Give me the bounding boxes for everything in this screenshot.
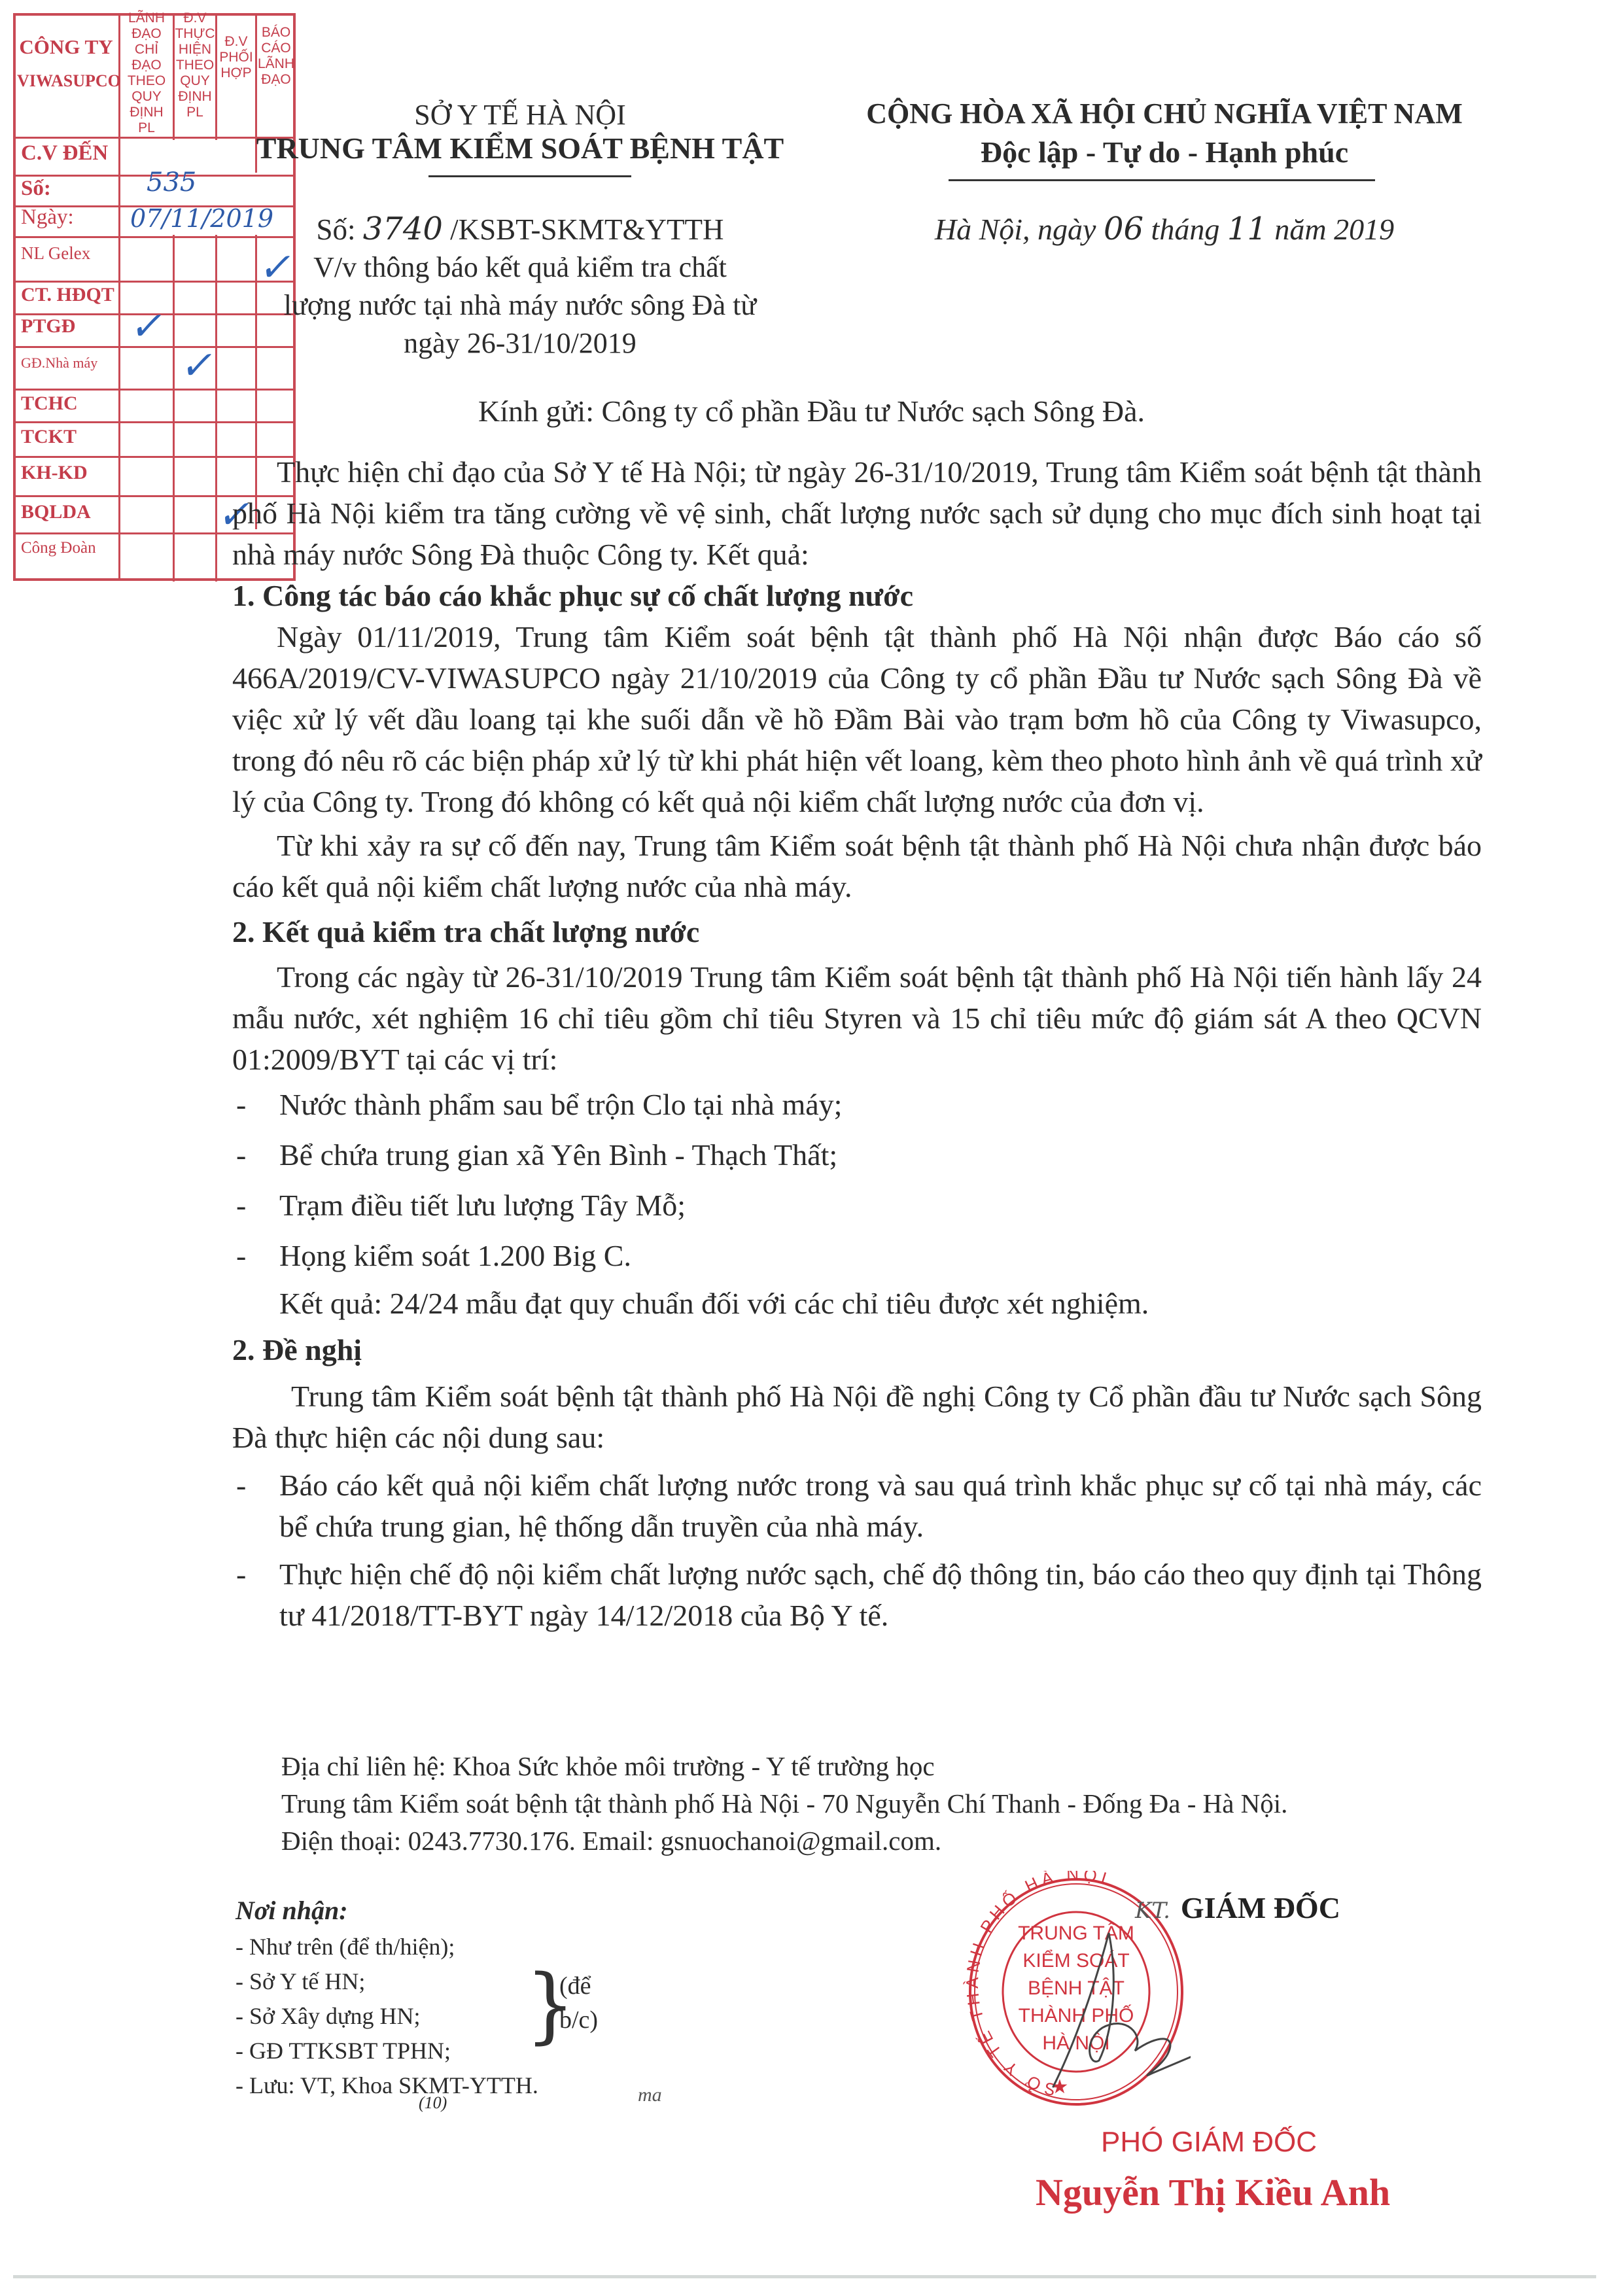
- sampling-locations: Nước thành phẩm sau bể trộn Clo tại nhà …: [232, 1084, 1482, 1276]
- list-item: Nước thành phẩm sau bể trộn Clo tại nhà …: [232, 1084, 1482, 1125]
- deputy-director-title: PHÓ GIÁM ĐỐC: [1101, 2126, 1317, 2159]
- stamp-col-header-line: PL: [175, 105, 215, 120]
- stamp-company-line: CÔNG TY: [17, 30, 115, 64]
- national-motto: Độc lập - Tự do - Hạnh phúc: [834, 135, 1495, 169]
- stamp-col-header-leader: LÃNHĐẠOCHỈ ĐẠOTHEOQUYĐỊNHPL: [120, 10, 173, 136]
- section-heading: 2. Đề nghị: [232, 1329, 1482, 1370]
- list-item: Trạm điều tiết lưu lượng Tây Mỗ;: [232, 1185, 1482, 1226]
- test-result: Kết quả: 24/24 mẫu đạt quy chuẩn đối với…: [232, 1283, 1482, 1324]
- director-label: GIÁM ĐỐC: [1181, 1891, 1340, 1924]
- motto-underline: [949, 179, 1375, 181]
- proxy-mark: KT.: [1135, 1898, 1170, 1924]
- document-number: Số: 3740 /KSBT-SKMT&YTTH: [232, 211, 808, 247]
- stamp-col-header-line: QUY: [175, 73, 215, 89]
- national-title: CỘNG HÒA XÃ HỘI CHỦ NGHĨA VIỆT NAM: [834, 97, 1495, 130]
- brace-note-line: (để: [559, 1969, 598, 2003]
- stamp-col-header-line: Đ.V: [175, 10, 215, 26]
- stamp-row-kh-kd: KH-KD: [21, 462, 88, 484]
- date-mid: tháng: [1143, 213, 1227, 246]
- stamp-col-header-line: THỰC: [175, 26, 215, 42]
- stamp-row-union: Công Đoàn: [21, 539, 96, 557]
- subject-line: ngày 26-31/10/2019: [232, 324, 808, 362]
- section-heading: 2. Kết quả kiểm tra chất lượng nước: [232, 911, 1482, 952]
- stamp-col-header-line: CHỈ ĐẠO: [120, 42, 173, 73]
- stamp-col-header-line: CÁO: [257, 41, 295, 56]
- scan-edge-line: [13, 2275, 1596, 2278]
- section-heading: 1. Công tác báo cáo khắc phục sự cố chất…: [232, 575, 1482, 616]
- document-subject: V/v thông báo kết quả kiểm tra chất lượn…: [232, 249, 808, 362]
- stamp-row-date: Ngày:: [21, 205, 74, 230]
- issuing-ministry: SỞ Y TẾ HÀ NỘI: [232, 98, 808, 131]
- stamp-row-number: Số:: [21, 177, 51, 201]
- section1-paragraph: Từ khi xảy ra sự cố đến nay, Trung tâm K…: [232, 825, 1482, 907]
- doc-number-handwritten: 3740: [363, 211, 443, 247]
- stamp-row-factory-director: GĐ.Nhà máy: [21, 355, 97, 372]
- stamp-company-line: VIWASUPCO: [17, 64, 115, 98]
- document-date: Hà Nội, ngày 06 tháng 11 năm 2019: [834, 211, 1495, 247]
- stamp-col-header-report: BÁOCÁOLÃNHĐẠO: [257, 25, 295, 88]
- intro-paragraph: Thực hiện chỉ đạo của Sở Y tế Hà Nội; từ…: [232, 451, 1482, 575]
- subject-line: V/v thông báo kết quả kiểm tra chất: [232, 249, 808, 287]
- stamp-row-ptgd: PTGĐ: [21, 315, 75, 338]
- addressee: Kính gửi: Công ty cổ phần Đầu tư Nước sạ…: [0, 394, 1623, 428]
- list-item: Họng kiểm soát 1.200 Big C.: [232, 1235, 1482, 1276]
- recipient-item: - Sở Xây dựng HN;: [236, 1999, 538, 2034]
- list-item: Báo cáo kết quả nội kiểm chất lượng nước…: [232, 1465, 1482, 1547]
- handwritten-copy-count: (10): [419, 2093, 447, 2113]
- list-item: Thực hiện chế độ nội kiểm chất lượng nướ…: [232, 1554, 1482, 1636]
- date-prefix: Hà Nội, ngày: [935, 213, 1104, 246]
- stamp-col-header-line: ĐỊNH: [175, 89, 215, 105]
- section1-paragraph: Ngày 01/11/2019, Trung tâm Kiểm soát bện…: [232, 616, 1482, 822]
- signer-name: Nguyễn Thị Kiều Anh: [1036, 2170, 1390, 2214]
- stamp-col-header-line: Đ.V: [217, 34, 255, 50]
- contact-line: Địa chỉ liên hệ: Khoa Sức khỏe môi trườn…: [281, 1748, 1287, 1785]
- stamp-col-header-line: BÁO: [257, 25, 295, 41]
- recipient-item: - Lưu: VT, Khoa SKMT-YTTH.: [236, 2068, 538, 2103]
- stamp-col-header-line: PL: [120, 120, 173, 136]
- stamp-row-incoming: C.V ĐẾN: [21, 141, 108, 165]
- list-item: Bể chứa trung gian xã Yên Bình - Thạch T…: [232, 1134, 1482, 1175]
- header-underline: [428, 175, 631, 177]
- stamp-col-header-line: HỢP: [217, 65, 255, 81]
- stamp-col-header-line: THEO: [120, 73, 173, 89]
- stamp-row-divider: [16, 389, 293, 391]
- brace-note-line: b/c): [559, 2003, 598, 2037]
- stamp-col-header-line: LÃNH: [257, 56, 295, 72]
- stamp-col-header-coordinator: Đ.VPHỐIHỢP: [217, 34, 255, 81]
- issuing-center: TRUNG TÂM KIỂM SOÁT BỆNH TẬT: [232, 131, 808, 165]
- subject-line: lượng nước tại nhà máy nước sông Đà từ: [232, 287, 808, 324]
- stamp-company-name: CÔNG TY VIWASUPCO: [17, 30, 115, 98]
- date-suffix: năm 2019: [1267, 213, 1394, 246]
- date-day: 06: [1104, 211, 1143, 247]
- stamp-row-nl-gelex: NL Gelex: [21, 243, 90, 264]
- stamp-col-header-line: ĐỊNH: [120, 105, 173, 120]
- doc-number-suffix: /KSBT-SKMT&YTTH: [443, 213, 724, 246]
- recipient-item: - GĐ TTKSBT TPHN;: [236, 2034, 538, 2068]
- stamp-row-ct-hdqt: CT. HĐQT: [21, 284, 114, 306]
- recipient-item: - Sở Y tế HN;: [236, 1964, 538, 1999]
- handwritten-incoming-number: 535: [147, 167, 196, 198]
- section2-paragraph: Trong các ngày từ 26-31/10/2019 Trung tâ…: [232, 956, 1482, 1080]
- stamp-col-header-line: QUY: [120, 89, 173, 105]
- stamp-row-tckt: TCKT: [21, 426, 77, 448]
- recipients-list: - Như trên (để th/hiện); - Sở Y tế HN; -…: [236, 1930, 538, 2103]
- stamp-col-header-line: HIỆN: [175, 42, 215, 58]
- stamp-col-header-line: PHỐI: [217, 50, 255, 65]
- contact-line: Trung tâm Kiểm soát bệnh tật thành phố H…: [281, 1785, 1287, 1822]
- svg-text:BỆNH TẬT: BỆNH TẬT: [1028, 1977, 1125, 1999]
- svg-text:TRUNG TÂM: TRUNG TÂM: [1018, 1922, 1134, 1944]
- director-title: KT.GIÁM ĐỐC: [1135, 1890, 1340, 1925]
- contact-info: Địa chỉ liên hệ: Khoa Sức khỏe môi trườn…: [281, 1748, 1287, 1860]
- stamp-col-header-line: ĐẠO: [257, 72, 295, 88]
- recipients-title: Nơi nhận:: [236, 1895, 348, 1926]
- handwritten-initials: ma: [638, 2084, 662, 2106]
- recipient-item: - Như trên (để th/hiện);: [236, 1930, 538, 1964]
- section3-paragraph: Trung tâm Kiểm soát bệnh tật thành phố H…: [232, 1376, 1482, 1458]
- date-month: 11: [1227, 211, 1267, 247]
- checkmark-icon: ✓: [128, 304, 170, 349]
- contact-line: Điện thoại: 0243.7730.176. Email: gsnuoc…: [281, 1822, 1287, 1860]
- stamp-col-header-executor: Đ.VTHỰCHIỆNTHEOQUYĐỊNHPL: [175, 10, 215, 120]
- stamp-row-bqlda: BQLDA: [21, 501, 91, 523]
- stamp-col-header-line: ĐẠO: [120, 26, 173, 42]
- letter-body: Thực hiện chỉ đạo của Sở Y tế Hà Nội; từ…: [232, 451, 1482, 1636]
- doc-number-prefix: Số:: [316, 213, 362, 246]
- stamp-col-header-line: LÃNH: [120, 10, 173, 26]
- checkmark-icon: ✓: [178, 343, 220, 389]
- request-items: Báo cáo kết quả nội kiểm chất lượng nước…: [232, 1465, 1482, 1636]
- brace-note: (để b/c): [559, 1969, 598, 2037]
- stamp-col-header-line: THEO: [175, 58, 215, 73]
